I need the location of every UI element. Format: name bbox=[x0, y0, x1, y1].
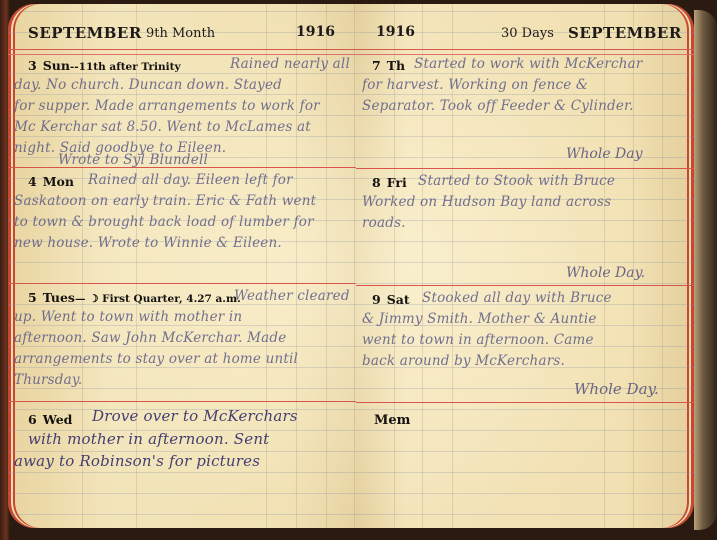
handwritten-entry: up. Went to town with mother in afternoo… bbox=[14, 307, 349, 391]
day-label: 6Wed bbox=[28, 412, 72, 427]
day-label: 4Mon bbox=[28, 174, 74, 189]
day-entry-8: 8Fri Started to Stook with Bruce Worked … bbox=[356, 171, 694, 283]
handwritten-entry: day. No church. Duncan down. Stayed for … bbox=[14, 75, 349, 159]
page-header: SEPTEMBER 9th Month 1916 bbox=[8, 20, 356, 48]
handwritten-entry: Weather cleared bbox=[234, 286, 350, 307]
day-entry-9: 9Sat Stooked all day with Bruce & Jimmy … bbox=[356, 288, 694, 402]
handwritten-entry: Rained all day. Eileen left for bbox=[88, 170, 293, 191]
day-number: 9 bbox=[372, 292, 381, 307]
day-label: 8Fri bbox=[372, 175, 407, 190]
header-subtitle: 30 Days bbox=[501, 26, 554, 41]
day-number: 4 bbox=[28, 174, 37, 189]
day-label: 3Sun--11th after Trinity bbox=[28, 58, 181, 73]
handwritten-entry: Saskatoon on early train. Eric & Fath we… bbox=[14, 191, 349, 254]
handwritten-entry: Started to Stook with Bruce bbox=[418, 171, 615, 192]
right-page: 1916 30 Days SEPTEMBER 7Th Started to wo… bbox=[356, 4, 694, 528]
day-entry-5: 5Tues— ☽ First Quarter, 4.27 a.m. Weathe… bbox=[8, 286, 356, 400]
handwritten-entry: with mother in afternoon. Sent bbox=[28, 428, 353, 450]
left-page: SEPTEMBER 9th Month 1916 3Sun--11th afte… bbox=[8, 4, 356, 528]
handwritten-entry: Started to work with McKerchar bbox=[414, 54, 643, 75]
header-year: 1916 bbox=[376, 24, 415, 40]
day-weekday: Sun bbox=[43, 58, 70, 73]
day-label: 9Sat bbox=[372, 292, 410, 307]
day-label: 7Th bbox=[372, 58, 405, 73]
day-number: 7 bbox=[372, 58, 381, 73]
day-label: 5Tues— ☽ First Quarter, 4.27 a.m. bbox=[28, 290, 241, 305]
memo-label: Mem bbox=[374, 413, 410, 428]
day-entry-4: 4Mon Rained all day. Eileen left for Sas… bbox=[8, 170, 356, 282]
whole-day-note: Whole Day bbox=[566, 146, 643, 162]
day-entry-3: 3Sun--11th after Trinity Rained nearly a… bbox=[8, 54, 356, 168]
day-divider bbox=[356, 168, 694, 169]
day-divider bbox=[8, 167, 356, 168]
day-divider bbox=[356, 285, 694, 286]
handwritten-entry: for harvest. Working on fence & Separato… bbox=[362, 75, 692, 117]
whole-day-note: Whole Day. bbox=[574, 380, 659, 398]
diary-book: SEPTEMBER 9th Month 1916 3Sun--11th afte… bbox=[0, 0, 717, 540]
page-header: 1916 30 Days SEPTEMBER bbox=[356, 20, 694, 48]
day-number: 6 bbox=[28, 412, 37, 427]
book-edge bbox=[694, 10, 717, 530]
day-weekday: Wed bbox=[43, 412, 73, 427]
day-number: 5 bbox=[28, 290, 37, 305]
handwritten-entry: Worked on Hudson Bay land across roads. bbox=[362, 192, 692, 234]
day-weekday: Sat bbox=[387, 292, 410, 307]
memo-section: Mem bbox=[356, 405, 694, 525]
whole-day-note: Whole Day. bbox=[566, 265, 645, 281]
day-weekday: Tues bbox=[43, 290, 75, 305]
header-subtitle: 9th Month bbox=[146, 26, 215, 41]
day-weekday: Fri bbox=[387, 175, 407, 190]
day-weekday: Th bbox=[387, 58, 405, 73]
day-divider bbox=[8, 401, 356, 402]
day-entry-6: 6Wed Drove over to McKerchars with mothe… bbox=[8, 404, 356, 524]
day-weekday: Mon bbox=[43, 174, 74, 189]
day-divider bbox=[356, 402, 694, 403]
header-month: SEPTEMBER bbox=[28, 24, 142, 42]
day-note: — ☽ First Quarter, 4.27 a.m. bbox=[75, 293, 241, 305]
handwritten-entry: Stooked all day with Bruce bbox=[422, 288, 612, 309]
day-number: 8 bbox=[372, 175, 381, 190]
header-year: 1916 bbox=[296, 24, 335, 40]
handwritten-entry: & Jimmy Smith. Mother & Auntie went to t… bbox=[362, 309, 692, 372]
handwritten-entry: Drove over to McKerchars bbox=[92, 406, 298, 427]
handwritten-entry: Rained nearly all bbox=[230, 54, 350, 75]
day-number: 3 bbox=[28, 58, 37, 73]
header-month: SEPTEMBER bbox=[568, 24, 682, 42]
day-note: --11th after Trinity bbox=[70, 61, 181, 73]
day-entry-7: 7Th Started to work with McKerchar for h… bbox=[356, 54, 694, 168]
day-divider bbox=[8, 283, 356, 284]
handwritten-entry: away to Robinson's for pictures bbox=[14, 450, 339, 472]
